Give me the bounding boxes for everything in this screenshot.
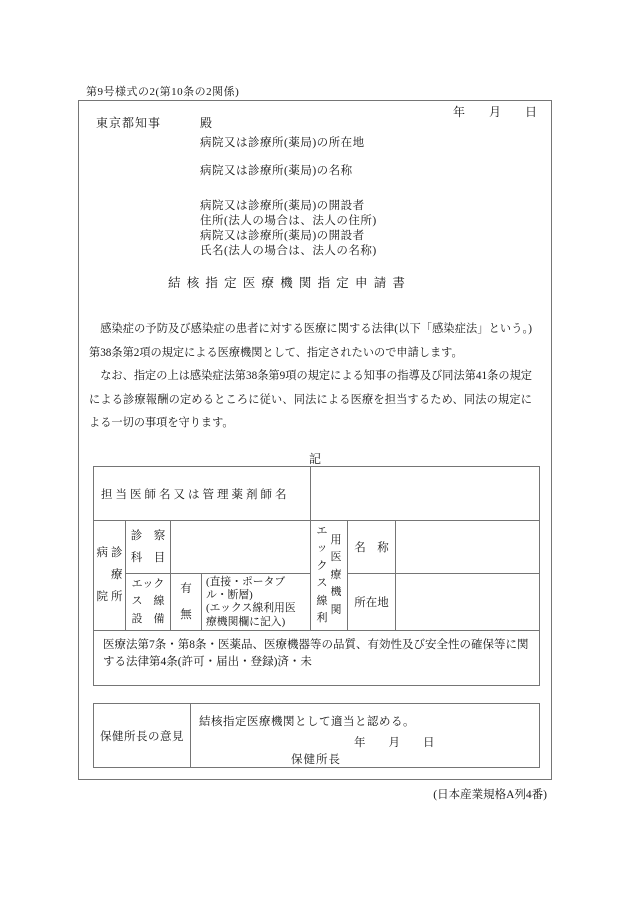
founder-name-label-1: 病院又は診療所(薬局)の開設者 [200,227,365,243]
form-border-box: 年 月 日 東京都知事 殿 病院又は診療所(薬局)の所在地 病院又は診療所(薬局… [78,100,552,780]
body-paragraphs: 感染症の予防及び感染症の患者に対する医療に関する法律(以下「感染症法」という。)… [89,318,532,436]
xray-institution-vertical-text: エ ッ ク ス 線 利 用 医 療 機 関 [311,521,347,630]
applicant-location-label: 病院又は診療所(薬局)の所在地 [200,134,365,150]
applicant-name-label: 病院又は診療所(薬局)の名称 [200,162,353,178]
institution-address-label: 所在地 [348,574,396,631]
recipient-honorific: 殿 [200,114,212,131]
institution-name-field [396,521,540,574]
facility-type-vertical-text: 病 院 診 療 所 [94,521,125,630]
facility-hospital-label: 病 院 [97,542,109,608]
opinion-signer-label: 保健所長 [291,751,341,767]
main-table: 担当医師名又は管理薬剤師名 病 院 診 療 所 診 察 科 目 エ ッ ク ス … [93,466,540,686]
xray-presence-label: 有 無 [171,574,202,631]
institution-address-field [396,574,540,631]
xray-equipment-label: エック ス 線 設 備 [126,574,171,631]
xray-institution-label: エ ッ ク ス 線 利 用 医 療 機 関 [311,521,348,631]
form-title: 結核指定医療機関指定申請書 [168,273,411,291]
xray-institution-label-col1: エ ッ ク ス 線 利 [317,523,328,628]
xray-institution-label-col2: 用 医 療 機 関 [331,532,342,620]
ki-heading: 記 [79,450,551,467]
examination-department-field [171,521,311,574]
facility-type-label: 病 院 診 療 所 [94,521,126,631]
department-row: 病 院 診 療 所 診 察 科 目 エ ッ ク ス 線 利 用 医 療 機 関 … [94,521,540,574]
founder-address-label-1: 病院又は診療所(薬局)の開設者 [200,197,365,213]
opinion-statement: 結核指定医療機関として適当と認める。 [199,713,415,729]
form-number: 第9号様式の2(第10条の2関係) [86,83,239,99]
xray-note: (直接・ポータブ ル・断層) (エックス線利用医 療機関欄に記入) [202,574,311,631]
application-paragraph-2: なお、指定の上は感染症法第38条第9項の規定による知事の指導及び同法第41条の規… [89,365,532,436]
founder-address-label-2: 住所(法人の場合は、法人の住所) [200,212,377,228]
opinion-label: 保健所長の意見 [94,704,191,768]
paper-size-note: (日本産業規格A列4番) [0,786,547,802]
opinion-date-line: 年 月 日 [354,734,435,750]
medical-law-note: 医療法第7条・第8条・医薬品、医療機器等の品質、有効性及び安全性の確保等に関する… [94,630,540,685]
recipient-title: 東京都知事 [96,114,161,131]
doctor-name-field [311,467,540,521]
law-note-row: 医療法第7条・第8条・医薬品、医療機器等の品質、有効性及び安全性の確保等に関する… [94,630,540,685]
institution-name-label: 名 称 [348,521,396,574]
doctor-name-row: 担当医師名又は管理薬剤師名 [94,467,540,521]
application-form-page: 第9号様式の2(第10条の2関係) 年 月 日 東京都知事 殿 病院又は診療所(… [0,0,630,903]
opinion-table: 保健所長の意見 結核指定医療機関として適当と認める。 年 月 日 保健所長 [93,703,540,768]
founder-name-label-2: 氏名(法人の場合は、法人の名称) [200,242,377,258]
opinion-row: 保健所長の意見 結核指定医療機関として適当と認める。 年 月 日 保健所長 [94,704,540,768]
facility-clinic-label: 診 療 所 [111,542,123,608]
application-paragraph-1: 感染症の予防及び感染症の患者に対する医療に関する法律(以下「感染症法」という。)… [89,318,532,365]
doctor-name-label: 担当医師名又は管理薬剤師名 [94,467,311,521]
opinion-content-cell: 結核指定医療機関として適当と認める。 年 月 日 保健所長 [191,704,540,768]
examination-department-label: 診 察 科 目 [126,521,171,574]
